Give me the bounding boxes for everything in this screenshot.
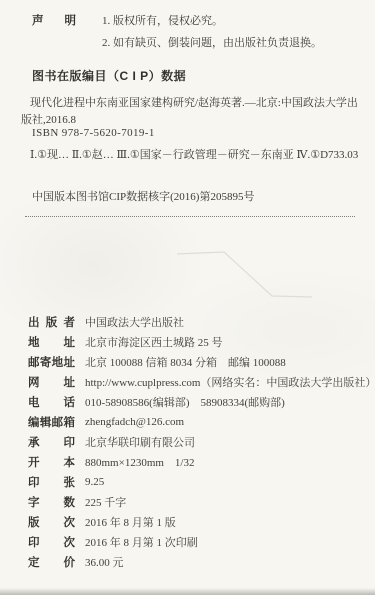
colophon-row-phone: 电话 010-58908586(编辑部) 58908334(邮购部): [28, 392, 358, 412]
colophon-value: zhengfadch@126.com: [85, 416, 184, 428]
colophon-value: http://www.cuplpress.com（网络实名：中国政法大学出版社）: [85, 374, 375, 390]
colophon-label: 邮寄地址: [28, 354, 75, 370]
colophon-label: 电话: [28, 394, 75, 410]
colophon-row-website: 网址 http://www.cuplpress.com（网络实名：中国政法大学出…: [28, 372, 358, 392]
colophon-value: 2016 年 8 月第 1 次印刷: [85, 534, 198, 550]
copyright-page: 声明 1. 版权所有，侵权必究。 2. 如有缺页、倒装问题，由出版社负责退换。 …: [0, 0, 375, 595]
colophon-row-price: 定价 36.00 元: [28, 552, 358, 572]
colophon-row-printer: 承印 北京华联印刷有限公司: [28, 432, 358, 452]
colophon-value: 北京 100088 信箱 8034 分箱 邮编 100088: [85, 354, 286, 370]
colophon-label: 承印: [28, 434, 75, 450]
colophon-label: 字数: [28, 494, 75, 510]
colophon-row-printing: 印次 2016 年 8 月第 1 次印刷: [28, 532, 358, 552]
cip-heading: 图书在版编目（C I P）数据: [32, 68, 186, 85]
declaration-item: 2. 如有缺页、倒装问题，由出版社负责退换。: [102, 32, 322, 54]
colophon-value: 225 千字: [85, 494, 126, 510]
declaration-item: 1. 版权所有，侵权必究。: [102, 10, 322, 32]
colophon-row-word-count: 字数 225 千字: [28, 492, 358, 512]
colophon-row-editor-email: 编辑邮箱 zhengfadch@126.com: [28, 412, 358, 432]
colophon-label: 版次: [28, 514, 75, 530]
colophon-value: 36.00 元: [85, 554, 124, 570]
colophon-row-sheets: 印张 9.25: [28, 472, 358, 492]
scan-edge-shadow: [0, 588, 375, 595]
colophon-row-edition: 版次 2016 年 8 月第 1 版: [28, 512, 358, 532]
dotted-divider: [25, 216, 355, 217]
colophon-value: 北京市海淀区西土城路 25 号: [85, 334, 223, 350]
declaration-section: 声明 1. 版权所有，侵权必究。 2. 如有缺页、倒装问题，由出版社负责退换。: [32, 10, 322, 54]
colophon-label: 定价: [28, 554, 75, 570]
colophon-label: 网址: [28, 374, 75, 390]
colophon-label: 地址: [28, 334, 75, 350]
colophon-label: 编辑邮箱: [28, 414, 75, 430]
colophon-table: 出版者 中国政法大学出版社 地址 北京市海淀区西土城路 25 号 邮寄地址 北京…: [28, 312, 358, 572]
colophon-row-format: 开本 880mm×1230mm 1/32: [28, 452, 358, 472]
declaration-items: 1. 版权所有，侵权必究。 2. 如有缺页、倒装问题，由出版社负责退换。: [102, 10, 322, 54]
colophon-value: 880mm×1230mm 1/32: [85, 454, 194, 470]
colophon-label: 开本: [28, 454, 75, 470]
colophon-label: 出版者: [28, 314, 75, 330]
cip-classification: Ⅰ.①现… Ⅱ.①赵… Ⅲ.①国家－行政管理－研究－东南亚 Ⅳ.①D733.03: [21, 147, 364, 164]
colophon-value: 中国政法大学出版社: [85, 314, 184, 330]
cip-registry-number: 中国版本图书馆CIP数据核字(2016)第205895号: [32, 189, 254, 205]
cip-record: 现代化进程中东南亚国家建构研究/赵海英著.—北京:中国政法大学出版社,2016.…: [21, 95, 362, 129]
colophon-row-publisher: 出版者 中国政法大学出版社: [28, 312, 358, 332]
declaration-label: 声明: [32, 10, 76, 54]
cip-isbn: ISBN 978-7-5620-7019-1: [32, 125, 155, 141]
colophon-label: 印张: [28, 474, 75, 490]
colophon-row-address: 地址 北京市海淀区西土城路 25 号: [28, 332, 358, 352]
colophon-value: 北京华联印刷有限公司: [85, 434, 195, 450]
colophon-value: 010-58908586(编辑部) 58908334(邮购部): [85, 394, 285, 410]
colophon-value: 2016 年 8 月第 1 版: [85, 514, 176, 530]
colophon-row-mailing-address: 邮寄地址 北京 100088 信箱 8034 分箱 邮编 100088: [28, 352, 358, 372]
colophon-label: 印次: [28, 534, 75, 550]
colophon-value: 9.25: [85, 476, 104, 488]
